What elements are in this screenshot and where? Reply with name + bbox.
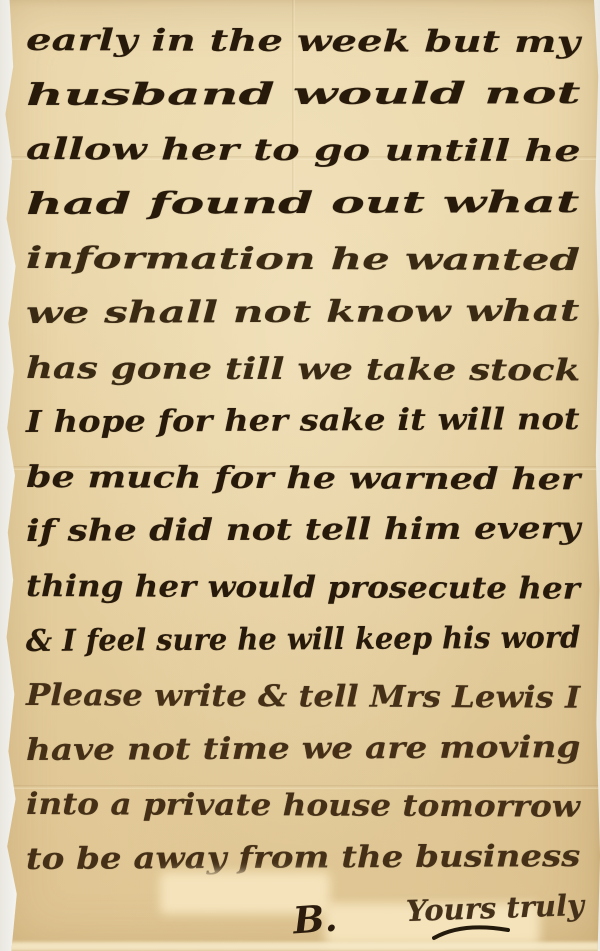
letter-line: thing her would prosecute her: [26, 560, 580, 617]
letter-line: into a private house tomorrow: [26, 778, 580, 835]
signature-initial: B.: [292, 896, 339, 943]
letter-line: if she did not tell him every: [26, 503, 581, 560]
scanned-letter-page: early in the week but my husband would n…: [0, 0, 600, 951]
letter-line: & I feel sure he will keep his word: [26, 611, 581, 669]
letter-paper: early in the week but my husband would n…: [0, 0, 600, 951]
scan-edge-band: [0, 942, 600, 951]
letter-line: husband would not: [26, 67, 581, 124]
letter-line: be much for he warned her: [26, 451, 581, 508]
letter-line: Please write & tell Mrs Lewis I: [26, 669, 580, 726]
letter-line: information he wanted: [26, 232, 580, 289]
letter-line: has gone till we take stock: [26, 342, 581, 399]
letter-closing: Yours truly: [406, 888, 585, 928]
letter-line: we shall not know what: [26, 285, 580, 342]
letter-line: had found out what: [26, 176, 580, 233]
letter-line: I hope for her sake it will not: [26, 393, 580, 451]
signature-flourish: [432, 924, 512, 942]
letter-body: early in the week but my husband would n…: [26, 14, 580, 888]
letter-line: allow her to go untill he: [26, 123, 581, 180]
letter-line: early in the week but my: [26, 14, 580, 71]
letter-line: have not time we are moving: [26, 721, 581, 779]
